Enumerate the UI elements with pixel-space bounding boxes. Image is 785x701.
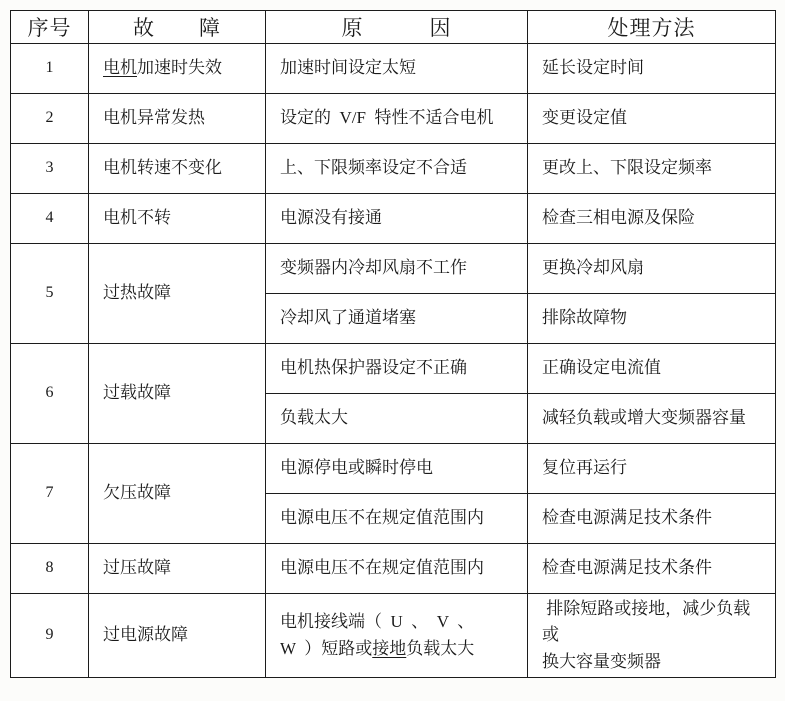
row7-fault-cell: 欠压故障 xyxy=(89,444,266,544)
row7-cause-cell-1: 电源停电或瞬时停电 xyxy=(266,444,528,494)
row1-fault-text: 加速时失效 xyxy=(137,58,222,77)
row5-no-cell: 5 xyxy=(11,244,89,344)
row9-cause-line2-rest: 负载太大 xyxy=(406,639,474,658)
header-row: 序号 故 障 原 因 处理方法 xyxy=(11,11,776,44)
row7-method-cell-1: 复位再运行 xyxy=(528,444,776,494)
row4-method-cell: 检查三相电源及保险 xyxy=(528,194,776,244)
row1-cause-cell: 加速时间设定太短 xyxy=(266,44,528,94)
row6-cause-cell-1: 电机热保护器设定不正确 xyxy=(266,344,528,394)
row1-no-cell: 1 xyxy=(11,44,89,94)
header-no: 序号 xyxy=(11,11,89,44)
row2-no-cell: 2 xyxy=(11,94,89,144)
row5-cause-cell-1: 变频器内冷却风扇不工作 xyxy=(266,244,528,294)
row9-method-line1: 排除短路或接地，减少负载或 xyxy=(542,599,750,644)
row9-cause-underlined-text: 接地 xyxy=(372,639,406,658)
table-row: 7 欠压故障 电源停电或瞬时停电 复位再运行 xyxy=(11,444,776,494)
header-cause: 原 因 xyxy=(266,11,528,44)
row4-fault-cell: 电机不转 xyxy=(89,194,266,244)
row9-no-cell: 9 xyxy=(11,594,89,678)
row9-fault-cell: 过电源故障 xyxy=(89,594,266,678)
row3-cause-cell: 上、下限频率设定不合适 xyxy=(266,144,528,194)
row9-cause-line2-pre: W ）短路或 xyxy=(280,639,372,658)
table-row: 9 过电源故障 电机接线端（ U 、 V 、W ）短路或接地负载太大 排除短路或… xyxy=(11,594,776,678)
fault-troubleshooting-table: 序号 故 障 原 因 处理方法 1 电机加速时失效 加速时间设定太短 延长设定时… xyxy=(10,10,776,678)
row2-fault-cell: 电机异常发热 xyxy=(89,94,266,144)
row8-cause-cell: 电源电压不在规定值范围内 xyxy=(266,544,528,594)
row7-method-cell-2: 检查电源满足技术条件 xyxy=(528,494,776,544)
row9-method-cell: 排除短路或接地，减少负载或换大容量变频器 xyxy=(528,594,776,678)
row1-fault-underlined-text: 电机 xyxy=(103,58,137,77)
row5-cause-cell-2: 冷却风了通道堵塞 xyxy=(266,294,528,344)
row8-fault-cell: 过压故障 xyxy=(89,544,266,594)
row6-cause-cell-2: 负载太大 xyxy=(266,394,528,444)
row6-method-cell-1: 正确设定电流值 xyxy=(528,344,776,394)
row8-no-cell: 8 xyxy=(11,544,89,594)
row7-cause-cell-2: 电源电压不在规定值范围内 xyxy=(266,494,528,544)
row8-method-cell: 检查电源满足技术条件 xyxy=(528,544,776,594)
row5-method-cell-2: 排除故障物 xyxy=(528,294,776,344)
table-row: 3 电机转速不变化 上、下限频率设定不合适 更改上、下限设定频率 xyxy=(11,144,776,194)
row1-method-cell: 延长设定时间 xyxy=(528,44,776,94)
table-row: 4 电机不转 电源没有接通 检查三相电源及保险 xyxy=(11,194,776,244)
row9-cause-cell: 电机接线端（ U 、 V 、W ）短路或接地负载太大 xyxy=(266,594,528,678)
row2-cause-cell: 设定的 V/F 特性不适合电机 xyxy=(266,94,528,144)
row5-method-cell-1: 更换冷却风扇 xyxy=(528,244,776,294)
row2-method-cell: 变更设定值 xyxy=(528,94,776,144)
row4-cause-cell: 电源没有接通 xyxy=(266,194,528,244)
row6-fault-cell: 过载故障 xyxy=(89,344,266,444)
row9-method-line2: 换大容量变频器 xyxy=(542,652,661,671)
row7-no-cell: 7 xyxy=(11,444,89,544)
header-fault: 故 障 xyxy=(89,11,266,44)
table-row: 6 过载故障 电机热保护器设定不正确 正确设定电流值 xyxy=(11,344,776,394)
table-row: 8 过压故障 电源电压不在规定值范围内 检查电源满足技术条件 xyxy=(11,544,776,594)
row3-no-cell: 3 xyxy=(11,144,89,194)
table-row: 1 电机加速时失效 加速时间设定太短 延长设定时间 xyxy=(11,44,776,94)
row6-method-cell-2: 减轻负载或增大变频器容量 xyxy=(528,394,776,444)
row5-fault-cell: 过热故障 xyxy=(89,244,266,344)
row1-fault-cell: 电机加速时失效 xyxy=(89,44,266,94)
row9-cause-line1: 电机接线端（ U 、 V 、 xyxy=(280,612,474,631)
header-method: 处理方法 xyxy=(528,11,776,44)
row6-no-cell: 6 xyxy=(11,344,89,444)
table-row: 2 电机异常发热 设定的 V/F 特性不适合电机 变更设定值 xyxy=(11,94,776,144)
row3-fault-cell: 电机转速不变化 xyxy=(89,144,266,194)
row3-method-cell: 更改上、下限设定频率 xyxy=(528,144,776,194)
row4-no-cell: 4 xyxy=(11,194,89,244)
table-row: 5 过热故障 变频器内冷却风扇不工作 更换冷却风扇 xyxy=(11,244,776,294)
